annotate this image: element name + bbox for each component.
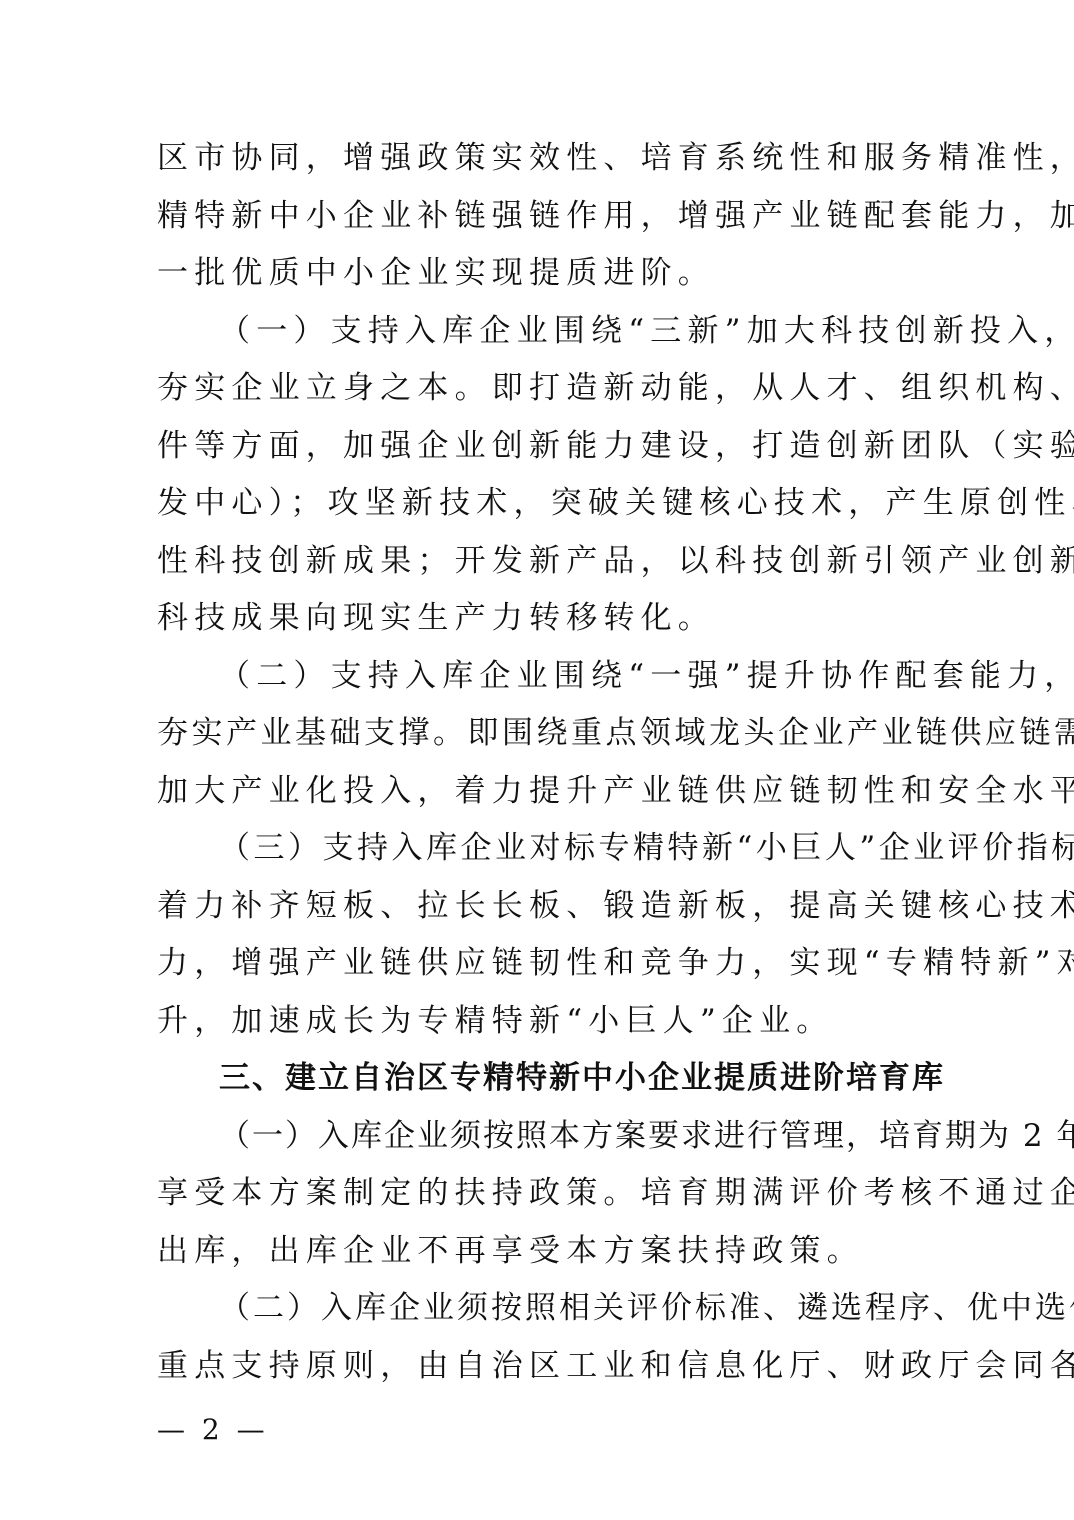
paragraph-line-indented: （三）支持入库企业对标专精特新“小巨人”企业评价指标， xyxy=(219,826,933,870)
paragraph-line-indented: （一）入库企业须按照本方案要求进行管理，培育期为 2 年， xyxy=(219,1114,933,1158)
paragraph-line: 加大产业化投入，着力提升产业链供应链韧性和安全水平。 xyxy=(157,769,933,813)
paragraph-line: 夯实企业立身之本。即打造新动能，从人才、组织机构、设备条 xyxy=(157,366,933,410)
paragraph-line: 件等方面，加强企业创新能力建设，打造创新团队（实验室、研 xyxy=(157,424,933,468)
paragraph-line: 性科技创新成果；开发新产品，以科技创新引领产业创新，加快 xyxy=(157,539,933,583)
paragraph-line: 升，加速成长为专精特新“小巨人”企业。 xyxy=(157,999,933,1043)
paragraph-line: 区市协同，增强政策实效性、培育系统性和服务精准性，提升专 xyxy=(157,136,933,180)
paragraph-line-indented: （二）支持入库企业围绕“一强”提升协作配套能力，不断 xyxy=(219,654,933,698)
paragraph-line: 享受本方案制定的扶持政策。培育期满评价考核不通过企业予以 xyxy=(157,1171,933,1215)
paragraph-line: 科技成果向现实生产力转移转化。 xyxy=(157,596,933,640)
paragraph-line-indented: （一）支持入库企业围绕“三新”加大科技创新投入，不断 xyxy=(219,309,933,353)
paragraph-line: 出库，出库企业不再享受本方案扶持政策。 xyxy=(157,1229,933,1273)
paragraph-line: 重点支持原则，由自治区工业和信息化厅、财政厅会同各市工业 xyxy=(157,1344,933,1388)
paragraph-line-indented: （二）入库企业须按照相关评价标准、遴选程序、优中选优、 xyxy=(219,1286,933,1330)
page-number: — 2 — xyxy=(157,1412,269,1448)
paragraph-line: 力，增强产业链供应链韧性和竞争力，实现“专精特新”对标提 xyxy=(157,941,933,985)
paragraph-line: 发中心）；攻坚新技术，突破关键核心技术，产生原创性、颠覆 xyxy=(157,481,933,525)
paragraph-line: 着力补齐短板、拉长长板、锻造新板，提高关键核心技术创新能 xyxy=(157,884,933,928)
section-heading: 三、建立自治区专精特新中小企业提质进阶培育库 xyxy=(219,1056,933,1100)
paragraph-line: 夯实产业基础支撑。即围绕重点领域龙头企业产业链供应链需求， xyxy=(157,711,933,755)
paragraph-line: 精特新中小企业补链强链作用，增强产业链配套能力，加快推进 xyxy=(157,194,933,238)
paragraph-line: 一批优质中小企业实现提质进阶。 xyxy=(157,251,933,295)
